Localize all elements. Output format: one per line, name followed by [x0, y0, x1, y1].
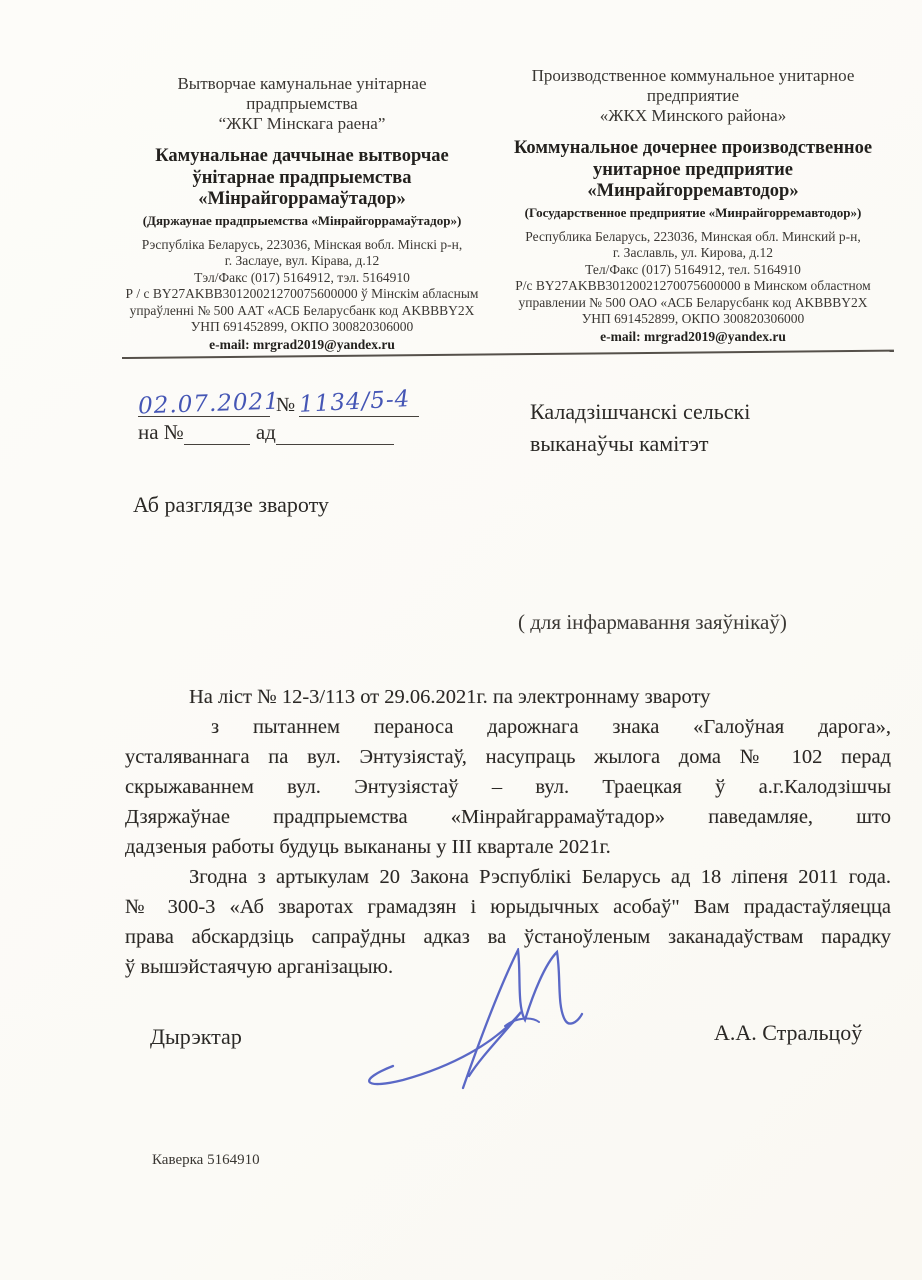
date-underline: 02.07.2021 [138, 388, 270, 417]
org-bold-line: ўнітарнае прадпрыемства [118, 168, 486, 190]
org-note: (Государственное предприятие «Минрайгорр… [488, 205, 898, 220]
recipient-line: выканаўчы камітэт [530, 428, 750, 460]
address-line: Республика Беларусь, 223036, Минская обл… [488, 229, 898, 246]
address-line: г. Заславль, ул. Кирова, д.12 [488, 245, 898, 262]
letter-body: На ліст № 12-3/113 от 29.06.2021г. па эл… [125, 682, 891, 982]
org-name-line: «ЖКХ Минского района» [488, 106, 898, 126]
letterhead-right: Производственное коммунальное унитарное … [488, 66, 898, 345]
org-note: (Дяржаунае прадпрыемства «Мінрайгоррамаў… [118, 213, 486, 228]
footer-contact: Каверка 5164910 [152, 1152, 260, 1169]
address-line: упраўленні № 500 ААТ «АСБ Беларусбанк ко… [118, 303, 486, 320]
address-line: Рэспубліка Беларусь, 223036, Мінская воб… [118, 237, 486, 254]
org-bold-line: Коммунальное дочернее производственное [488, 138, 898, 160]
body-line: Згодна з артыкулам 20 Закона Рэспублікі … [125, 862, 891, 892]
address-line: Тел/Факс (017) 5164912, тел. 5164910 [488, 262, 898, 279]
org-bold-line: Камунальнае даччынае вытворчае [118, 146, 486, 168]
reference-line-1: 02.07.2021№1134/5-4 [138, 388, 419, 417]
email-line: e-mail: mrgrad2019@yandex.ru [488, 329, 898, 345]
info-note: ( для інфармавання заяўнікаў) [518, 610, 787, 635]
org-bold-line: «Минрайгорремавтодор» [488, 181, 898, 203]
letterhead-left: Вытворчае камунальнае унітарнае прадпрые… [118, 74, 486, 353]
email-line: e-mail: mrgrad2019@yandex.ru [118, 337, 486, 353]
number-underline: 1134/5-4 [299, 388, 419, 417]
org-bold-line: унитарное предприятие [488, 160, 898, 182]
handwritten-number: 1134/5-4 [299, 386, 412, 418]
address-line: Р / с BY27AKBB30120021270075600000 ў Мін… [118, 286, 486, 303]
address-line: Тэл/Факс (017) 5164912, тэл. 5164910 [118, 270, 486, 287]
ref-blank-2 [276, 420, 394, 445]
address-line: УНП 691452899, ОКПО 300820306000 [488, 311, 898, 328]
org-name-line: Вытворчае камунальнае унітарнае [118, 74, 486, 94]
address-line: УНП 691452899, ОКПО 300820306000 [118, 319, 486, 336]
signer-name: А.А. Стральцоў [714, 1020, 862, 1046]
signer-role: Дырэктар [150, 1024, 242, 1050]
address-line: г. Заслауе, вул. Кірава, д.12 [118, 253, 486, 270]
subject-line: Аб разглядзе звароту [133, 492, 329, 518]
ref-middle: ад [256, 420, 276, 444]
body-line: На ліст № 12-3/113 от 29.06.2021г. па эл… [125, 682, 891, 712]
reference-line-2: на №ад [138, 420, 394, 445]
body-line: № 300-3 «Аб зваротах грамадзян і юрыдычн… [125, 892, 891, 922]
ref-blank-1 [184, 420, 250, 445]
org-name-line: “ЖКГ Мінскага раена” [118, 114, 486, 134]
scanned-letter-page: Вытворчае камунальнае унітарнае прадпрые… [0, 0, 922, 1280]
handwritten-date: 02.07.2021 [138, 389, 281, 420]
org-name-line: Производственное коммунальное унитарное [488, 66, 898, 86]
recipient-block: Каладзішчанскі сельскі выканаўчы камітэт [530, 396, 750, 460]
body-line: усталяваннага па вул. Энтузіястаў, насуп… [125, 742, 891, 772]
body-line: Дзяржаўнае прадпрыемства «Мінрайгаррамаў… [125, 802, 891, 832]
ref-prefix: на № [138, 420, 184, 444]
body-line: скрыжаваннем вул. Энтузіястаў – вул. Тра… [125, 772, 891, 802]
body-line: дадзеныя работы будуць выкананы у III кв… [125, 832, 891, 862]
body-line: з пытаннем пераноса дарожнага знака «Гал… [125, 712, 891, 742]
address-line: Р/с BY27AKBB30120021270075600000 в Минск… [488, 278, 898, 295]
org-name-line: предприятие [488, 86, 898, 106]
signature-ink [355, 948, 615, 1093]
org-name-line: прадпрыемства [118, 94, 486, 114]
recipient-line: Каладзішчанскі сельскі [530, 396, 750, 428]
address-line: управлении № 500 ОАО «АСБ Беларусбанк ко… [488, 295, 898, 312]
org-bold-line: «Мінрайгоррамаўтадор» [118, 189, 486, 211]
